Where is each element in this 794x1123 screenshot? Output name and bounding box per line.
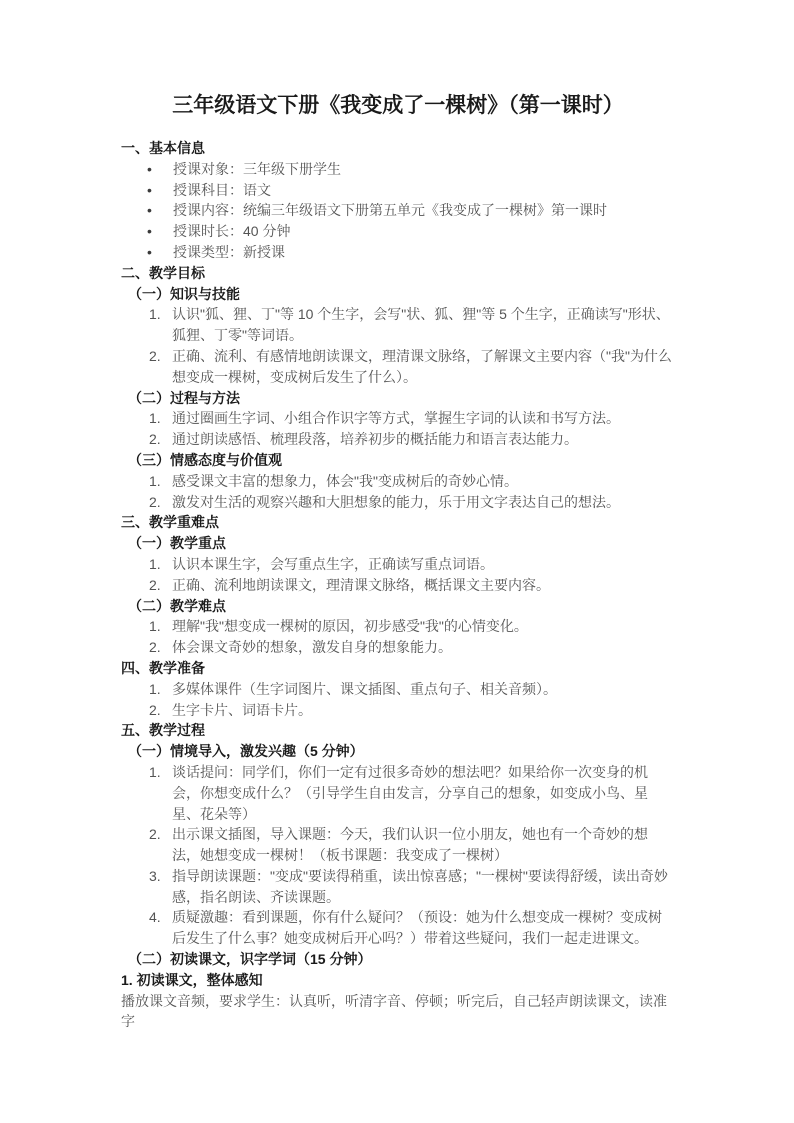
- bullet-item: •授课对象：三年级下册学生: [121, 159, 675, 180]
- section-heading: 三、教学重难点: [121, 512, 675, 533]
- numbered-item: 2.激发对生活的观察兴趣和大胆想象的能力，乐于用文字表达自己的想法。: [121, 492, 675, 513]
- subsection-heading: （二）教学难点: [121, 596, 675, 617]
- numbered-item: 2.体会课文奇妙的想象，激发自身的想象能力。: [121, 637, 675, 658]
- item-text: 授课类型：新授课: [173, 242, 285, 263]
- numbered-item: 1.多媒体课件（生字词图片、课文插图、重点句子、相关音频）。: [121, 679, 675, 700]
- numbered-item: 2.生字卡片、词语卡片。: [121, 700, 675, 721]
- bullet-item: •授课科目：语文: [121, 180, 675, 201]
- section-heading: 一、基本信息: [121, 138, 675, 159]
- item-number: 3.: [149, 866, 172, 908]
- item-text: 授课内容：统编三年级语文下册第五单元《我变成了一棵树》第一课时: [173, 200, 607, 221]
- item-text: 授课时长：40 分钟: [173, 221, 290, 242]
- subsection-heading: （一）知识与技能: [121, 284, 675, 305]
- item-text: 认识"狐、狸、丁"等 10 个生字，会写"状、狐、狸"等 5 个生字，正确读写"…: [172, 304, 675, 346]
- item-text: 理解"我"想变成一棵树的原因，初步感受"我"的心情变化。: [172, 616, 675, 637]
- numbered-item: 4.质疑激趣：看到课题，你有什么疑问？（预设：她为什么想变成一棵树？变成树后发生…: [121, 907, 675, 949]
- numbered-item: 2.正确、流利、有感情地朗读课文，理清课文脉络，了解课文主要内容（"我"为什么想…: [121, 346, 675, 388]
- item-text: 谈话提问：同学们，你们一定有过很多奇妙的想法吧？如果给你一次变身的机会，你想变成…: [172, 762, 675, 824]
- item-number: 1.: [149, 471, 172, 492]
- item-text: 体会课文奇妙的想象，激发自身的想象能力。: [172, 637, 675, 658]
- subsection-heading: （二）初读课文，识字学词（15 分钟）: [121, 949, 675, 970]
- item-number: 4.: [149, 907, 172, 949]
- document-body: 一、基本信息•授课对象：三年级下册学生•授课科目：语文•授课内容：统编三年级语文…: [121, 138, 675, 1032]
- item-number: 2.: [149, 575, 172, 596]
- item-text: 正确、流利、有感情地朗读课文，理清课文脉络，了解课文主要内容（"我"为什么想变成…: [172, 346, 675, 388]
- numbered-item: 1.通过圈画生字词、小组合作识字等方式，掌握生字词的认读和书写方法。: [121, 408, 675, 429]
- bullet-item: •授课类型：新授课: [121, 242, 675, 263]
- item-text: 通过圈画生字词、小组合作识字等方式，掌握生字词的认读和书写方法。: [172, 408, 675, 429]
- item-number: 2.: [149, 637, 172, 658]
- subsection-heading: （二）过程与方法: [121, 388, 675, 409]
- numbered-item: 2.通过朗读感悟、梳理段落，培养初步的概括能力和语言表达能力。: [121, 429, 675, 450]
- item-text: 指导朗读课题："变成"要读得稍重，读出惊喜感；"一棵树"要读得舒缓，读出奇妙感，…: [172, 866, 675, 908]
- subsection-heading: （三）情感态度与价值观: [121, 450, 675, 471]
- bullet-dot: •: [147, 159, 173, 180]
- item-text: 出示课文插图，导入课题：今天，我们认识一位小朋友，她也有一个奇妙的想法，她想变成…: [172, 824, 675, 866]
- item-text: 感受课文丰富的想象力，体会"我"变成树后的奇妙心情。: [172, 471, 675, 492]
- numbered-item: 3.指导朗读课题："变成"要读得稍重，读出惊喜感；"一棵树"要读得舒缓，读出奇妙…: [121, 866, 675, 908]
- item-number: 1.: [149, 554, 172, 575]
- item-text: 认识本课生字，会写重点生字，正确读写重点词语。: [172, 554, 675, 575]
- item-number: 2.: [149, 700, 172, 721]
- numbered-item: 1.谈话提问：同学们，你们一定有过很多奇妙的想法吧？如果给你一次变身的机会，你想…: [121, 762, 675, 824]
- item-text: 授课对象：三年级下册学生: [173, 159, 341, 180]
- item-text: 通过朗读感悟、梳理段落，培养初步的概括能力和语言表达能力。: [172, 429, 675, 450]
- section-heading: 二、教学目标: [121, 263, 675, 284]
- document-page: 三年级语文下册《我变成了一棵树》（第一课时） 一、基本信息•授课对象：三年级下册…: [0, 0, 794, 1123]
- item-number: 2.: [149, 346, 172, 388]
- item-text: 多媒体课件（生字词图片、课文插图、重点句子、相关音频）。: [172, 679, 675, 700]
- page-title: 三年级语文下册《我变成了一棵树》（第一课时）: [121, 92, 675, 120]
- item-text: 正确、流利地朗读课文，理清课文脉络，概括课文主要内容。: [172, 575, 675, 596]
- item-number: 1.: [149, 679, 172, 700]
- subsection-heading: （一）教学重点: [121, 533, 675, 554]
- section-heading: 五、教学过程: [121, 720, 675, 741]
- item-text: 质疑激趣：看到课题，你有什么疑问？（预设：她为什么想变成一棵树？变成树后发生了什…: [172, 907, 675, 949]
- bullet-dot: •: [147, 221, 173, 242]
- numbered-item: 1.感受课文丰富的想象力，体会"我"变成树后的奇妙心情。: [121, 471, 675, 492]
- item-number: 2.: [149, 429, 172, 450]
- bullet-dot: •: [147, 200, 173, 221]
- section-heading: 四、教学准备: [121, 658, 675, 679]
- item-number: 2.: [149, 492, 172, 513]
- bold-item-heading: 1. 初读课文，整体感知: [121, 970, 675, 991]
- numbered-item: 1.认识"狐、狸、丁"等 10 个生字，会写"状、狐、狸"等 5 个生字，正确读…: [121, 304, 675, 346]
- item-number: 1.: [149, 408, 172, 429]
- subsection-heading: （一）情境导入，激发兴趣（5 分钟）: [121, 741, 675, 762]
- item-number: 1.: [149, 616, 172, 637]
- bullet-item: •授课内容：统编三年级语文下册第五单元《我变成了一棵树》第一课时: [121, 200, 675, 221]
- item-text: 生字卡片、词语卡片。: [172, 700, 675, 721]
- numbered-item: 2.正确、流利地朗读课文，理清课文脉络，概括课文主要内容。: [121, 575, 675, 596]
- item-number: 1.: [149, 304, 172, 346]
- item-number: 2.: [149, 824, 172, 866]
- numbered-item: 2.出示课文插图，导入课题：今天，我们认识一位小朋友，她也有一个奇妙的想法，她想…: [121, 824, 675, 866]
- item-text: 激发对生活的观察兴趣和大胆想象的能力，乐于用文字表达自己的想法。: [172, 492, 675, 513]
- item-text: 授课科目：语文: [173, 180, 271, 201]
- bullet-dot: •: [147, 180, 173, 201]
- bullet-dot: •: [147, 242, 173, 263]
- numbered-item: 1.理解"我"想变成一棵树的原因，初步感受"我"的心情变化。: [121, 616, 675, 637]
- numbered-item: 1.认识本课生字，会写重点生字，正确读写重点词语。: [121, 554, 675, 575]
- paragraph: 播放课文音频，要求学生：认真听，听清字音、停顿；听完后，自己轻声朗读课文，读准字: [121, 991, 675, 1033]
- bullet-item: •授课时长：40 分钟: [121, 221, 675, 242]
- item-number: 1.: [149, 762, 172, 824]
